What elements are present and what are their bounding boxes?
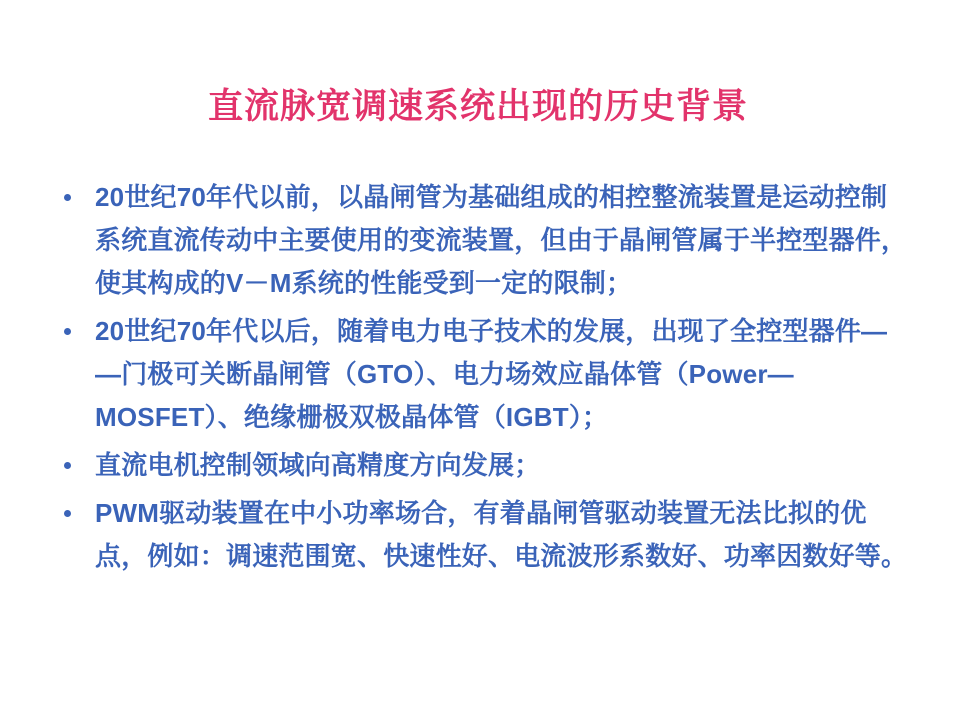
bullet-item: 20世纪70年代以前，以晶闸管为基础组成的相控整流装置是运动控制 系统直流传动中… [64, 176, 936, 305]
bullet-text: 20世纪70年代以后，随着电力电子技术的发展，出现了全控型器件— —门极可关断晶… [95, 310, 925, 439]
bullet-dot-icon [64, 310, 95, 335]
bullet-text: PWM驱动装置在中小功率场合，有着晶闸管驱动装置无法比拟的优 点，例如：调速范围… [95, 492, 925, 578]
bullet-line: 系统直流传动中主要使用的变流装置，但由于晶闸管属于半控型器件， [95, 219, 925, 262]
bullet-dot-icon [64, 176, 95, 201]
bullet-line: 20世纪70年代以后，随着电力电子技术的发展，出现了全控型器件— [95, 310, 925, 353]
bullet-item: 20世纪70年代以后，随着电力电子技术的发展，出现了全控型器件— —门极可关断晶… [64, 310, 936, 439]
bullet-line: 使其构成的V－M系统的性能受到一定的限制； [95, 262, 925, 305]
bullet-dot-icon [64, 444, 95, 469]
bullet-line: 点，例如：调速范围宽、快速性好、电流波形系数好、功率因数好等。 [95, 535, 925, 578]
page-title: 直流脉宽调速系统出现的历史背景 [0, 0, 956, 128]
bullet-text: 直流电机控制领域向高精度方向发展； [95, 444, 925, 487]
bullet-dot-icon [64, 492, 95, 517]
bullet-item: 直流电机控制领域向高精度方向发展； [64, 444, 936, 487]
bullet-line: 直流电机控制领域向高精度方向发展； [95, 444, 925, 487]
slide-page: 直流脉宽调速系统出现的历史背景 20世纪70年代以前，以晶闸管为基础组成的相控整… [0, 0, 956, 717]
bullet-line: MOSFET）、绝缘栅极双极晶体管（IGBT）； [95, 396, 925, 439]
bullet-line: —门极可关断晶闸管（GTO）、电力场效应晶体管（Power— [95, 353, 925, 396]
bullet-line: 20世纪70年代以前，以晶闸管为基础组成的相控整流装置是运动控制 [95, 176, 925, 219]
bullet-text: 20世纪70年代以前，以晶闸管为基础组成的相控整流装置是运动控制 系统直流传动中… [95, 176, 925, 305]
bullet-line: PWM驱动装置在中小功率场合，有着晶闸管驱动装置无法比拟的优 [95, 492, 925, 535]
bullet-list: 20世纪70年代以前，以晶闸管为基础组成的相控整流装置是运动控制 系统直流传动中… [0, 176, 956, 578]
bullet-item: PWM驱动装置在中小功率场合，有着晶闸管驱动装置无法比拟的优 点，例如：调速范围… [64, 492, 936, 578]
